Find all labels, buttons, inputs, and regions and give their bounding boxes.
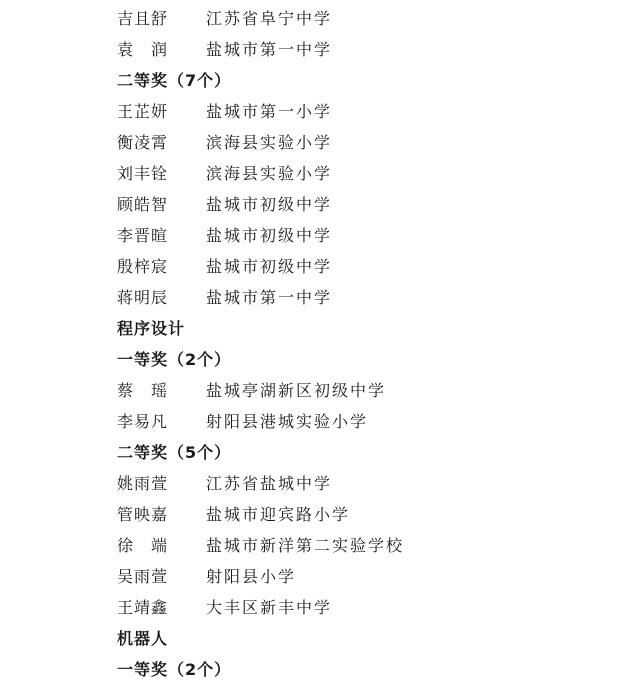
winner-name: 衡凌霄: [117, 127, 206, 158]
winner-row: 吉且舒江苏省阜宁中学: [117, 3, 404, 34]
winner-school: 盐城市初级中学: [206, 220, 332, 251]
winner-school: 江苏省盐城中学: [206, 468, 332, 499]
winner-school: 盐城亭湖新区初级中学: [206, 375, 386, 406]
winner-school: 滨海县实验小学: [206, 158, 332, 189]
winner-name: 管映嘉: [117, 499, 206, 530]
winner-school: 射阳县小学: [206, 561, 296, 592]
winner-school: 射阳县港城实验小学: [206, 406, 368, 437]
winner-school: 盐城市第一中学: [206, 282, 332, 313]
winner-row: 殷梓宸盐城市初级中学: [117, 251, 404, 282]
winner-name: 姚雨萱: [117, 468, 206, 499]
winner-row: 姚雨萱江苏省盐城中学: [117, 468, 404, 499]
competition-category-heading: 程序设计: [117, 313, 404, 344]
award-level-heading: 一等奖（2个）: [117, 654, 404, 685]
winner-name: 李晋暄: [117, 220, 206, 251]
winner-school: 盐城市第一小学: [206, 96, 332, 127]
winner-name: 王芷妍: [117, 96, 206, 127]
winner-row: 顾皓智盐城市初级中学: [117, 189, 404, 220]
winner-school: 盐城市第一中学: [206, 34, 332, 65]
award-list-document: 吉且舒江苏省阜宁中学 袁 润盐城市第一中学 二等奖（7个） 王芷妍盐城市第一小学…: [117, 3, 404, 685]
winner-name: 吴雨萱: [117, 561, 206, 592]
winner-school: 盐城市新洋第二实验学校: [206, 530, 404, 561]
winner-row: 吴雨萱射阳县小学: [117, 561, 404, 592]
winner-school: 滨海县实验小学: [206, 127, 332, 158]
winner-name: 蒋明辰: [117, 282, 206, 313]
award-level-heading: 二等奖（7个）: [117, 65, 404, 96]
award-level-heading: 二等奖（5个）: [117, 437, 404, 468]
winner-school: 盐城市初级中学: [206, 251, 332, 282]
winner-name: 蔡 瑶: [117, 375, 206, 406]
winner-row: 李易凡射阳县港城实验小学: [117, 406, 404, 437]
winner-row: 管映嘉盐城市迎宾路小学: [117, 499, 404, 530]
winner-row: 刘丰铨滨海县实验小学: [117, 158, 404, 189]
winner-name: 王靖鑫: [117, 592, 206, 623]
winner-school: 江苏省阜宁中学: [206, 3, 332, 34]
winner-name: 李易凡: [117, 406, 206, 437]
winner-row: 李晋暄盐城市初级中学: [117, 220, 404, 251]
competition-category-heading: 机器人: [117, 623, 404, 654]
winner-row: 蒋明辰盐城市第一中学: [117, 282, 404, 313]
winner-name: 殷梓宸: [117, 251, 206, 282]
winner-school: 盐城市初级中学: [206, 189, 332, 220]
winner-row: 徐 端盐城市新洋第二实验学校: [117, 530, 404, 561]
winner-name: 顾皓智: [117, 189, 206, 220]
winner-name: 袁 润: [117, 34, 206, 65]
winner-school: 盐城市迎宾路小学: [206, 499, 350, 530]
winner-row: 袁 润盐城市第一中学: [117, 34, 404, 65]
winner-row: 王靖鑫大丰区新丰中学: [117, 592, 404, 623]
award-level-heading: 一等奖（2个）: [117, 344, 404, 375]
winner-row: 蔡 瑶盐城亭湖新区初级中学: [117, 375, 404, 406]
winner-name: 吉且舒: [117, 3, 206, 34]
winner-name: 刘丰铨: [117, 158, 206, 189]
winner-name: 徐 端: [117, 530, 206, 561]
winner-school: 大丰区新丰中学: [206, 592, 332, 623]
winner-row: 衡凌霄滨海县实验小学: [117, 127, 404, 158]
winner-row: 王芷妍盐城市第一小学: [117, 96, 404, 127]
